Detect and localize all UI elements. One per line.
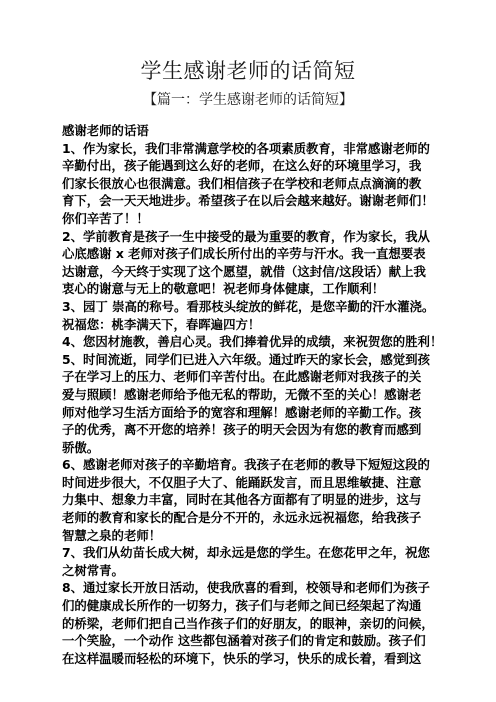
text-line: 3、园丁 崇高的称号。看那枝头绽放的鲜花，是您辛勤的汗水灌浇。 bbox=[62, 298, 442, 316]
text-line: 心底感谢 x 老师对孩子们成长所付出的辛劳与汗水。我一直想要表 bbox=[62, 245, 442, 263]
document-title: 学生感谢老师的话简短 bbox=[0, 58, 496, 84]
document-page: 学生感谢老师的话简短 【篇一：学生感谢老师的话简短】 感谢老师的话语1、作为家长… bbox=[0, 0, 496, 702]
text-line: 们的健康成长所作的一切努力，孩子们与老师之间已经架起了沟通 bbox=[62, 597, 442, 615]
text-line: 辛勤付出，孩子能遇到这么好的老师，在这么好的环境里学习，我 bbox=[62, 157, 442, 175]
text-line: 子在学习上的压力、老师们辛苦付出。在此感谢老师对我孩子的关 bbox=[62, 368, 442, 386]
section-heading: 【篇一：学生感谢老师的话简短】 bbox=[0, 90, 496, 110]
text-line: 感谢老师的话语 bbox=[62, 122, 442, 140]
text-line: 师对他学习生活方面给予的宽容和理解！感谢老师的辛勤工作。孩 bbox=[62, 404, 442, 422]
text-line: 爱与照顾！感谢老师给予他无私的帮助，无微不至的关心！感谢老 bbox=[62, 386, 442, 404]
text-line: 在这样温暖而轻松的环境下，快乐的学习，快乐的成长着，看到这 bbox=[62, 650, 442, 668]
text-line: 1、作为家长，我们非常满意学校的各项素质教育，非常感谢老师的 bbox=[62, 140, 442, 158]
text-line: 一个笑脸，一个动作 这些都包涵着对孩子们的肯定和鼓励。孩子们 bbox=[62, 632, 442, 650]
text-line: 育下，会一天天地进步。希望孩子在以后会越来越好。谢谢老师们！ bbox=[62, 192, 442, 210]
text-line: 6、感谢老师对孩子的辛勤培育。我孩子在老师的教导下短短这段的 bbox=[62, 456, 442, 474]
text-line: 5、时间流逝，同学们已进入六年级。通过昨天的家长会，感觉到孩 bbox=[62, 351, 442, 369]
text-line: 衷心的谢意与无上的敬意吧！祝老师身体健康，工作顺利！ bbox=[62, 280, 442, 298]
text-line: 你们辛苦了！！ bbox=[62, 210, 442, 228]
text-line: 骄傲。 bbox=[62, 439, 442, 457]
text-line: 时间进步很大，不仅胆子大了、能踊跃发言，而且思维敏捷、注意 bbox=[62, 474, 442, 492]
text-line: 8、通过家长开放日活动，使我欣喜的看到，校领导和老师们为孩子 bbox=[62, 579, 442, 597]
text-line: 祝福您：桃李满天下，春晖遍四方！ bbox=[62, 316, 442, 334]
text-line: 的桥梁，老师们把自己当作孩子们的好朋友，的眼神，亲切的问候， bbox=[62, 615, 442, 633]
document-body: 感谢老师的话语1、作为家长，我们非常满意学校的各项素质教育，非常感谢老师的辛勤付… bbox=[62, 122, 442, 667]
text-line: 们家长很放心也很满意。我们相信孩子在学校和老师点点滴滴的教 bbox=[62, 175, 442, 193]
text-line: 4、您因材施教，善启心灵。我们捧着优异的成绩，来祝贺您的胜利！ bbox=[62, 333, 442, 351]
text-line: 力集中、想象力丰富，同时在其他各方面都有了明显的进步，这与 bbox=[62, 491, 442, 509]
text-line: 之树常青。 bbox=[62, 562, 442, 580]
text-line: 7、我们从幼苗长成大树，却永远是您的学生。在您花甲之年，祝您 bbox=[62, 544, 442, 562]
text-line: 老师的教育和家长的配合是分不开的，永远永远祝福您，给我孩子 bbox=[62, 509, 442, 527]
text-line: 2、学前教育是孩子一生中接受的最为重要的教育，作为家长，我从 bbox=[62, 228, 442, 246]
text-line: 子的优秀，离不开您的培养！孩子的明天会因为有您的教育而感到 bbox=[62, 421, 442, 439]
text-line: 智慧之泉的老师！ bbox=[62, 527, 442, 545]
text-line: 达谢意，今天终于实现了这个愿望，就借（这封信/这段话）献上我 bbox=[62, 263, 442, 281]
